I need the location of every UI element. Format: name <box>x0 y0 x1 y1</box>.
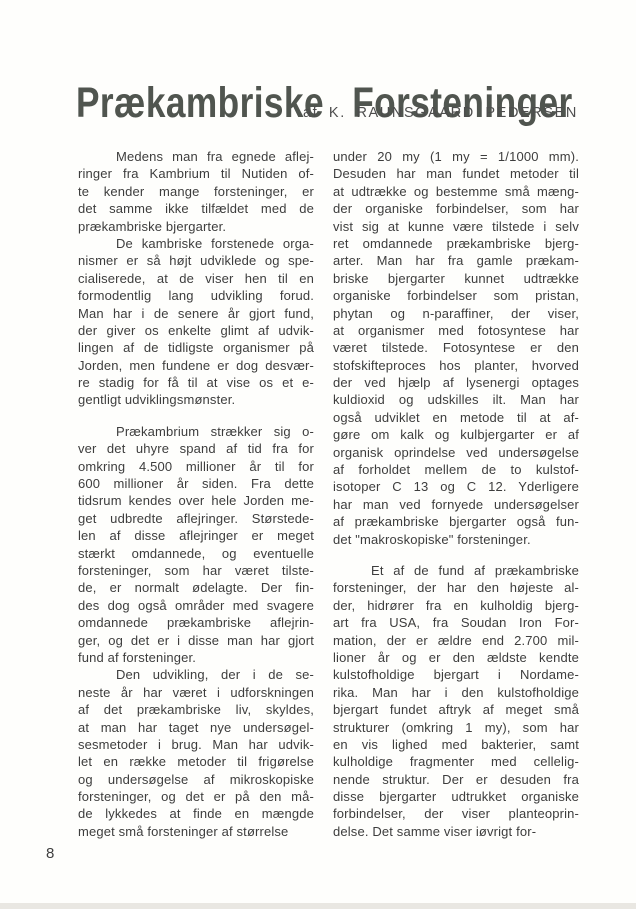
text-column-left: Medens man fra egnede aflej-ringer fra K… <box>78 148 314 840</box>
text-line: lingen af de tidligste organismer på <box>78 339 314 356</box>
text-line: også udviklet en metode til at af- <box>333 409 579 426</box>
scanned-article-page: Prækambriske Forsteninger af K. RAUNSGAA… <box>0 0 636 909</box>
page-number: 8 <box>46 845 54 862</box>
text-line: Den udvikling, der i de se- <box>78 666 314 683</box>
text-line: der ved hjælp af lysenergi optages <box>333 374 579 391</box>
text-line: organiske forbindelser som pristan, <box>333 287 579 304</box>
text-line: af prækambriske bjergarter også fun- <box>333 513 579 530</box>
text-line: Jorden, men fundene er dog desvær- <box>78 357 314 374</box>
text-line: Desuden har man fundet metoder til <box>333 165 579 182</box>
paragraph: Et af de fund af prækambriskeforsteninge… <box>333 562 579 840</box>
text-line: let en række metoder til frigørelse <box>78 753 314 770</box>
page-edge-shadow <box>0 903 636 909</box>
text-line: len af disse aflejringer er meget <box>78 527 314 544</box>
text-line: der giver os enkelte glimt af udvik- <box>78 322 314 339</box>
text-line: disse bjergarter udtrukket organiske <box>333 788 579 805</box>
article-byline: af K. RAUNSGAARD PEDERSEN <box>303 105 578 121</box>
text-line: Et af de fund af prækambriske <box>333 562 579 579</box>
text-line: organisk oprindelse ved undersøgelse <box>333 444 579 461</box>
text-line: kulholdige fragmenter med cellelig- <box>333 753 579 770</box>
text-line: der organiske forbindelser, som har <box>333 200 579 217</box>
text-line: ret omdannede prækambriske bjerg- <box>333 235 579 252</box>
text-line: ver det uhyre spand af tid fra for <box>78 440 314 457</box>
text-line: art fra USA, fra Soudan Iron For- <box>333 614 579 631</box>
text-line: cialiserede, at de viser hen til en <box>78 270 314 287</box>
text-line: forsteninger, og det er på den må- <box>78 788 314 805</box>
text-line: det samme ikke tilfældet med de <box>78 200 314 217</box>
text-line: nende struktur. Der er desuden fra <box>333 771 579 788</box>
paragraph: Den udvikling, der i de se-neste år har … <box>78 666 314 840</box>
text-line: arter. Man har fra gamle prækam- <box>333 252 579 269</box>
text-line: Man har i de senere år gjort fund, <box>78 305 314 322</box>
text-line: en vis lighed med bakterier, samt <box>333 736 579 753</box>
text-line: omkring 4.500 millioner år til for <box>78 458 314 475</box>
text-line: phytan og n-paraffiner, der viser, <box>333 305 579 322</box>
text-line: re stadig for få til at vise os et e- <box>78 374 314 391</box>
text-line: te kender mange forsteninger, er <box>78 183 314 200</box>
text-line: strukturer (omkring 1 my), som har <box>333 719 579 736</box>
text-line: stofskifteproces hos planter, hvorved <box>333 357 579 374</box>
text-line: har man ved fornyede undersøgelser <box>333 496 579 513</box>
text-line: stærkt omdannede, og eventuelle <box>78 545 314 562</box>
text-line: de lykkedes at finde en mængde <box>78 805 314 822</box>
text-line: kuldioxid og udskilles ilt. Man har <box>333 391 579 408</box>
text-line: isotoper C 13 og C 12. Yderligere <box>333 478 579 495</box>
text-line: mation, der er ældre end 2.700 mil- <box>333 632 579 649</box>
paragraph: Medens man fra egnede aflej-ringer fra K… <box>78 148 314 235</box>
text-line: neste år har været i udforskningen <box>78 684 314 701</box>
text-line: 600 millioner år siden. Fra dette <box>78 475 314 492</box>
text-line: kulstofholdige bjergart i Nordame- <box>333 666 579 683</box>
text-line: Medens man fra egnede aflej- <box>78 148 314 165</box>
text-line: get udbredte aflejringer. Størstede- <box>78 510 314 527</box>
text-line: fund af forsteninger. <box>78 649 314 666</box>
text-line: gentligt udviklingsmønster. <box>78 391 314 408</box>
text-line: tidsrum kendes over hele Jorden me- <box>78 492 314 509</box>
text-line: at udtrække og bestemme små mæng- <box>333 183 579 200</box>
text-line: forsteninger, som har været tilste- <box>78 562 314 579</box>
paragraph: De kambriske forstenede orga-nismer er s… <box>78 235 314 409</box>
text-line: at organismer med fotosyntese har <box>333 322 579 339</box>
text-line: forbindelser, der viser planteoprin- <box>333 805 579 822</box>
text-line: af det prækambriske liv, skyldes, <box>78 701 314 718</box>
text-line: gøre om kalk og kulbjergarter er af <box>333 426 579 443</box>
text-line: der, hidrører fra en kulholdig bjerg- <box>333 597 579 614</box>
text-line: ringer fra Kambrium til Nutiden of- <box>78 165 314 182</box>
text-line: under 20 my (1 my = 1/1000 mm). <box>333 148 579 165</box>
text-line: været tilstede. Fotosyntese er den <box>333 339 579 356</box>
text-column-right: under 20 my (1 my = 1/1000 mm).Desuden h… <box>333 148 579 840</box>
text-line: det "makroskopiske" forsteninger. <box>333 531 579 548</box>
text-line: prækambriske bjergarter. <box>78 218 314 235</box>
text-line: vist sig at kunne være tilstede i selv <box>333 218 579 235</box>
text-line: de, er normalt ødelagte. Der fin- <box>78 579 314 596</box>
text-line: sesmetoder i brug. Man har udvik- <box>78 736 314 753</box>
text-line: lioner år og er den ældste kendte <box>333 649 579 666</box>
text-line: bjergart fundet aftryk af meget små <box>333 701 579 718</box>
paragraph: Prækambrium strækker sig o-ver det uhyre… <box>78 423 314 666</box>
text-line: af forholdet mellem de to kulstof- <box>333 461 579 478</box>
text-line: rika. Man har i den kulstofholdige <box>333 684 579 701</box>
text-line: nismer er så højt udviklede og spe- <box>78 252 314 269</box>
text-line: briske bjergarter kunnet udtrække <box>333 270 579 287</box>
text-line: formodentlig lang udvikling forud. <box>78 287 314 304</box>
text-line: delse. Det samme viser iøvrigt for- <box>333 823 579 840</box>
text-line: og undersøgelse af mikroskopiske <box>78 771 314 788</box>
text-line: omdannede prækambriske aflejrin- <box>78 614 314 631</box>
paragraph: under 20 my (1 my = 1/1000 mm).Desuden h… <box>333 148 579 548</box>
text-line: forsteninger, der har den højeste al- <box>333 579 579 596</box>
text-line: De kambriske forstenede orga- <box>78 235 314 252</box>
text-line: Prækambrium strækker sig o- <box>78 423 314 440</box>
text-line: ger, og det er i disse man har gjort <box>78 632 314 649</box>
text-line: des dog også områder med svagere <box>78 597 314 614</box>
text-line: meget små forsteninger af størrelse <box>78 823 314 840</box>
text-line: at man har taget nye undersøgel- <box>78 719 314 736</box>
